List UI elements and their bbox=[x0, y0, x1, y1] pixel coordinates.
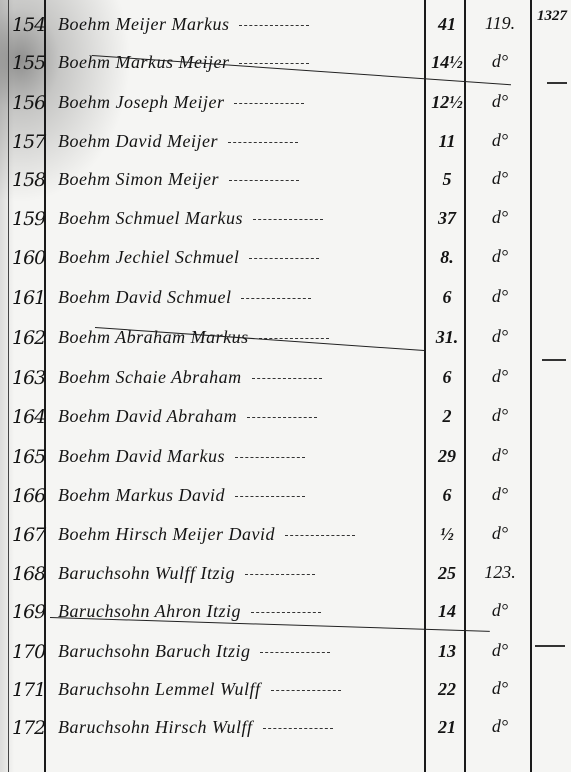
entry-name: Boehm Abraham Markus bbox=[58, 327, 329, 348]
entry-number: 157 bbox=[12, 131, 46, 153]
leader-dashes bbox=[249, 258, 319, 259]
leader-dashes bbox=[260, 652, 330, 653]
leader-dashes bbox=[235, 496, 305, 497]
leader-dashes bbox=[285, 535, 355, 536]
margin-dash bbox=[547, 82, 567, 84]
entry-name: Boehm David Abraham bbox=[58, 406, 317, 427]
entry-number: 162 bbox=[12, 327, 46, 349]
entry-ditto: d° bbox=[470, 405, 530, 426]
entry-name: Baruchsohn Baruch Itzig bbox=[58, 641, 330, 662]
entry-ditto: d° bbox=[470, 640, 530, 661]
entry-age: 12½ bbox=[428, 92, 466, 113]
register-row: 155Boehm Markus Meijer14½d° bbox=[0, 46, 571, 84]
entry-age: 22 bbox=[428, 679, 466, 700]
entry-name: Boehm Schmuel Markus bbox=[58, 208, 323, 229]
entry-age: 5 bbox=[428, 169, 466, 190]
leader-dashes bbox=[251, 612, 321, 613]
entry-number: 161 bbox=[12, 287, 46, 309]
entry-name: Boehm Hirsch Meijer David bbox=[58, 524, 355, 545]
entry-number: 166 bbox=[12, 485, 46, 507]
leader-dashes bbox=[247, 417, 317, 418]
register-row: 172Baruchsohn Hirsch Wulff21d° bbox=[0, 711, 571, 749]
entry-ditto: d° bbox=[470, 366, 530, 387]
entry-age: 41 bbox=[428, 14, 466, 35]
register-row: 154Boehm Meijer Markus41119. bbox=[0, 8, 571, 46]
register-row: 161Boehm David Schmuel6d° bbox=[0, 281, 571, 319]
entry-number: 163 bbox=[12, 367, 46, 389]
entry-name: Baruchsohn Hirsch Wulff bbox=[58, 717, 333, 738]
margin-dash bbox=[535, 645, 565, 647]
entry-number: 171 bbox=[12, 679, 46, 701]
register-row: 164Boehm David Abraham2d° bbox=[0, 400, 571, 438]
register-row: 159Boehm Schmuel Markus37d° bbox=[0, 202, 571, 240]
entry-name: Boehm Schaie Abraham bbox=[58, 367, 322, 388]
entry-number: 169 bbox=[12, 601, 46, 623]
entry-ditto: d° bbox=[470, 168, 530, 189]
entry-age: 8. bbox=[428, 247, 466, 268]
register-row: 166Boehm Markus David6d° bbox=[0, 479, 571, 517]
entry-number: 165 bbox=[12, 446, 46, 468]
register-row: 158Boehm Simon Meijer5d° bbox=[0, 163, 571, 201]
entry-name: Baruchsohn Wulff Itzig bbox=[58, 563, 315, 584]
entry-ditto: 119. bbox=[470, 13, 530, 34]
register-row: 168Baruchsohn Wulff Itzig25123. bbox=[0, 557, 571, 595]
entry-ditto: d° bbox=[470, 207, 530, 228]
entry-age: 13 bbox=[428, 641, 466, 662]
entry-age: 2 bbox=[428, 406, 466, 427]
register-row: 160Boehm Jechiel Schmuel8.d° bbox=[0, 241, 571, 279]
entry-number: 154 bbox=[12, 14, 46, 36]
entry-number: 159 bbox=[12, 208, 46, 230]
entry-name: Boehm Meijer Markus bbox=[58, 14, 309, 35]
entry-ditto: d° bbox=[470, 678, 530, 699]
register-row: 165Boehm David Markus29d° bbox=[0, 440, 571, 478]
leader-dashes bbox=[252, 378, 322, 379]
entry-name: Boehm Jechiel Schmuel bbox=[58, 247, 319, 268]
leader-dashes bbox=[235, 457, 305, 458]
register-row: 171Baruchsohn Lemmel Wulff22d° bbox=[0, 673, 571, 711]
entry-name: Boehm Simon Meijer bbox=[58, 169, 299, 190]
entry-age: 31. bbox=[428, 327, 466, 348]
leader-dashes bbox=[245, 574, 315, 575]
entry-age: 21 bbox=[428, 717, 466, 738]
leader-dashes bbox=[228, 142, 298, 143]
register-row: 170Baruchsohn Baruch Itzig13d° bbox=[0, 635, 571, 673]
entry-ditto: d° bbox=[470, 246, 530, 267]
margin-dash bbox=[542, 359, 566, 361]
entry-age: 14½ bbox=[428, 52, 466, 73]
leader-dashes bbox=[263, 728, 333, 729]
register-row: 169Baruchsohn Ahron Itzig14d° bbox=[0, 595, 571, 633]
entry-ditto: d° bbox=[470, 484, 530, 505]
leader-dashes bbox=[239, 63, 309, 64]
entry-age: 11 bbox=[428, 131, 466, 152]
entry-ditto: d° bbox=[470, 326, 530, 347]
entry-age: 6 bbox=[428, 367, 466, 388]
entry-name: Baruchsohn Lemmel Wulff bbox=[58, 679, 341, 700]
entry-age: 29 bbox=[428, 446, 466, 467]
leader-dashes bbox=[241, 298, 311, 299]
entry-number: 156 bbox=[12, 92, 46, 114]
entry-ditto: d° bbox=[470, 130, 530, 151]
entry-name: Boehm David Meijer bbox=[58, 131, 298, 152]
entry-age: ½ bbox=[428, 524, 466, 545]
register-row: 167Boehm Hirsch Meijer David½d° bbox=[0, 518, 571, 556]
entry-ditto: d° bbox=[470, 91, 530, 112]
register-row: 163Boehm Schaie Abraham6d° bbox=[0, 361, 571, 399]
leader-dashes bbox=[234, 103, 304, 104]
entry-ditto: 123. bbox=[470, 562, 530, 583]
entry-ditto: d° bbox=[470, 286, 530, 307]
entry-number: 172 bbox=[12, 717, 46, 739]
entry-age: 37 bbox=[428, 208, 466, 229]
entry-number: 155 bbox=[12, 52, 46, 74]
entry-number: 170 bbox=[12, 641, 46, 663]
entry-name: Boehm David Schmuel bbox=[58, 287, 311, 308]
entry-name: Boehm Markus David bbox=[58, 485, 305, 506]
entry-number: 158 bbox=[12, 169, 46, 191]
entry-ditto: d° bbox=[470, 445, 530, 466]
entry-age: 25 bbox=[428, 563, 466, 584]
register-row: 156Boehm Joseph Meijer12½d° bbox=[0, 86, 571, 124]
entry-ditto: d° bbox=[470, 600, 530, 621]
leader-dashes bbox=[253, 219, 323, 220]
entry-age: 6 bbox=[428, 485, 466, 506]
leader-dashes bbox=[271, 690, 341, 691]
entry-name: Boehm David Markus bbox=[58, 446, 305, 467]
entry-ditto: d° bbox=[470, 51, 530, 72]
entry-age: 14 bbox=[428, 601, 466, 622]
entry-ditto: d° bbox=[470, 716, 530, 737]
entry-number: 164 bbox=[12, 406, 46, 428]
entry-name: Boehm Joseph Meijer bbox=[58, 92, 304, 113]
entry-ditto: d° bbox=[470, 523, 530, 544]
leader-dashes bbox=[239, 25, 309, 26]
entry-age: 6 bbox=[428, 287, 466, 308]
entry-number: 167 bbox=[12, 524, 46, 546]
entry-number: 160 bbox=[12, 247, 46, 269]
register-row: 157Boehm David Meijer11d° bbox=[0, 125, 571, 163]
entry-number: 168 bbox=[12, 563, 46, 585]
leader-dashes bbox=[229, 180, 299, 181]
